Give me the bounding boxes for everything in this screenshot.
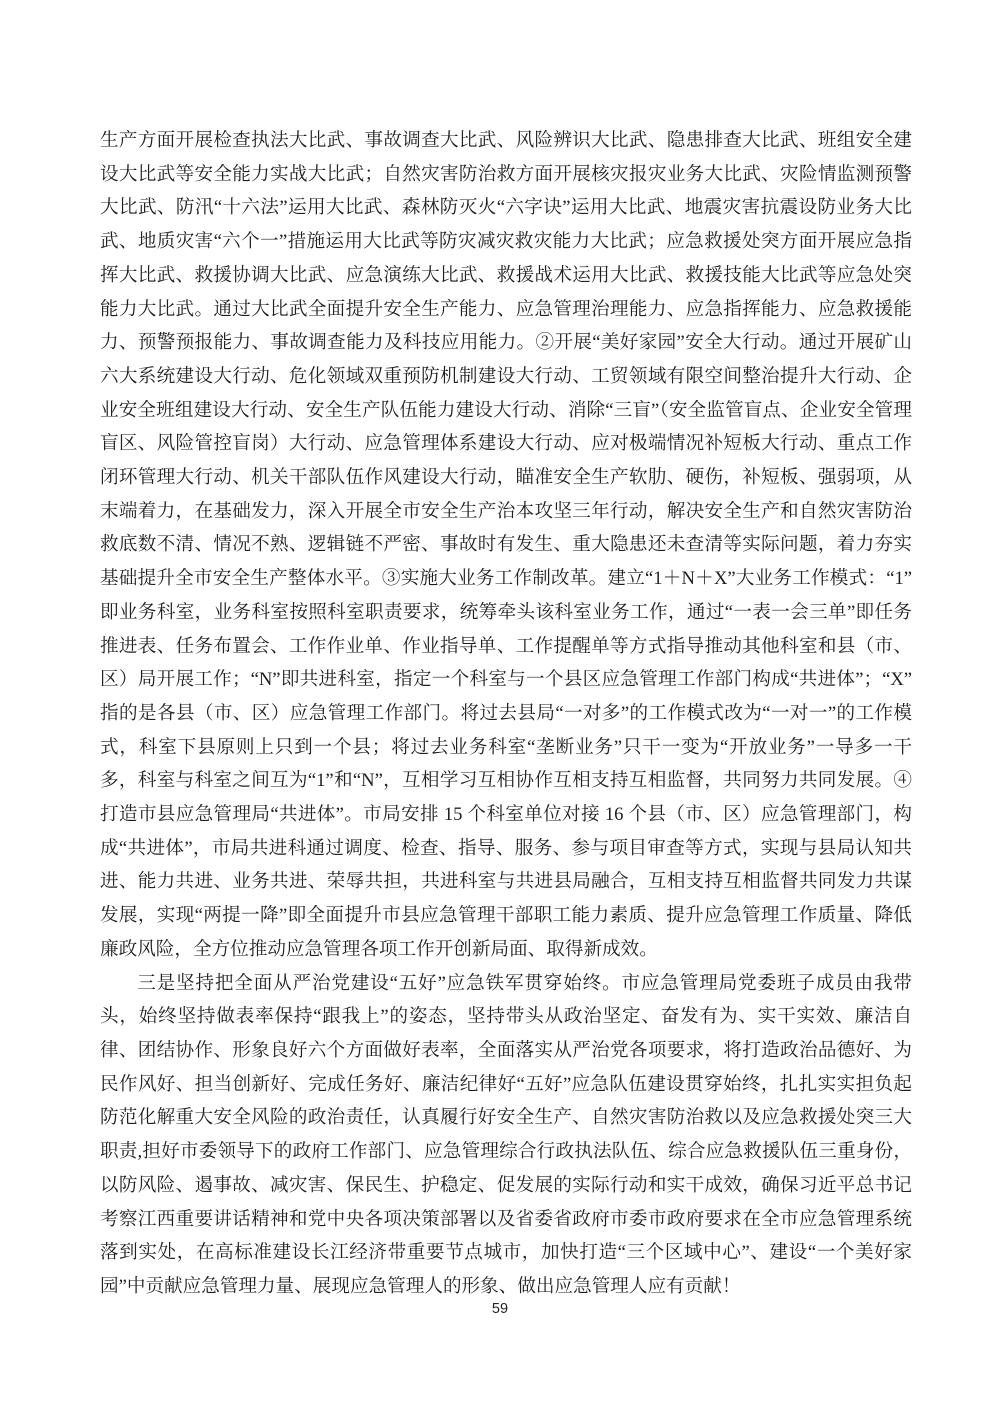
paragraph-1: 生产方面开展检查执法大比武、事故调查大比武、风险辨识大比武、隐患排查大比武、班组…	[100, 124, 912, 967]
body-text: 生产方面开展检查执法大比武、事故调查大比武、风险辨识大比武、隐患排查大比武、班组…	[100, 124, 912, 1304]
paragraph-2: 三是坚持把全面从严治党建设“五好”应急铁军贯穿始终。市应急管理局党委班子成员由我…	[100, 967, 912, 1304]
document-page: 生产方面开展检查执法大比武、事故调查大比武、风险辨识大比武、隐患排查大比武、班组…	[0, 0, 1000, 1414]
page-number: 59	[492, 1301, 508, 1317]
page-footer: 59	[0, 1300, 1000, 1318]
